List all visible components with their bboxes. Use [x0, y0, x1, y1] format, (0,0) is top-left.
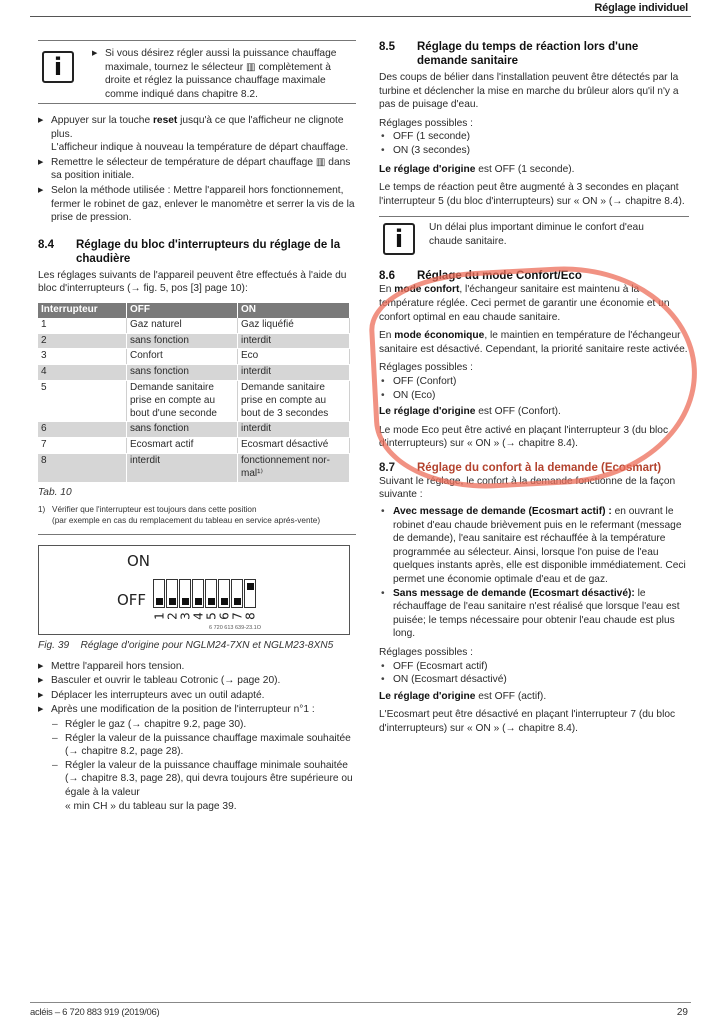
- info-icon: i: [42, 51, 74, 83]
- figure-code: 6 720 613 639-23.1O: [209, 622, 261, 636]
- dip-switch-number: 1: [154, 610, 166, 623]
- ecosmart-mode-item: Avec message de demande (Ecosmart actif)…: [379, 505, 689, 587]
- dip-switch-knob: [169, 598, 176, 605]
- page-number: 29: [677, 1006, 688, 1020]
- dip-switch-number: 4: [193, 610, 205, 623]
- note-8-6: Le mode Eco peut être activé en plaçant …: [379, 424, 689, 451]
- note-8-7: L'Ecosmart peut être désactivé en plaçan…: [379, 708, 689, 735]
- dip-switch: [166, 579, 178, 608]
- sub-step: Régler la valeur de la puissance chauffa…: [51, 759, 356, 813]
- dip-switch-knob: [234, 598, 241, 605]
- dip-switch-knob: [247, 583, 254, 590]
- off-label: OFF: [117, 594, 146, 608]
- dip-switch-knob: [221, 598, 228, 605]
- dip-switch-number: 5: [206, 610, 218, 623]
- section-8-4-heading: 8.4Réglage du bloc d'interrupteurs du ré…: [38, 238, 356, 266]
- dip-switch-knob: [156, 598, 163, 605]
- step-shutdown: Selon la méthode utilisée : Mettre l'app…: [38, 184, 356, 225]
- dip-switch: [244, 579, 256, 608]
- dip-switch-block: [153, 579, 257, 608]
- table-row: 4sans fonctioninterdit: [38, 365, 350, 381]
- section-8-7-intro: Suivant le réglage, le confort à la dema…: [379, 475, 689, 502]
- dip-switch-knob: [208, 598, 215, 605]
- dip-switch: [218, 579, 230, 608]
- table-row: 8interditfonctionnement nor-mal¹⁾: [38, 453, 350, 482]
- on-label: ON: [127, 555, 150, 569]
- table-row: 6sans fonctioninterdit: [38, 422, 350, 438]
- section-8-5-body: Des coups de bélier dans l'installation …: [379, 71, 689, 112]
- footer-rule: [30, 1002, 691, 1003]
- procedure-step: Après une modification de la position de…: [38, 703, 356, 717]
- table-row: 3ConfortEco: [38, 349, 350, 365]
- figure-caption: Fig. 39 Réglage d'origine pour NGLM24-7X…: [38, 639, 356, 653]
- dip-switch-number: 2: [167, 610, 179, 623]
- procedure-step: Basculer et ouvrir le tableau Cotronic (…: [38, 674, 356, 688]
- switch-settings-table: Interrupteur OFF ON 1Gaz naturelGaz liqu…: [38, 303, 350, 483]
- section-8-6-p2: En mode économique, le maintien en tempé…: [379, 329, 689, 356]
- table-header-row: Interrupteur OFF ON: [38, 303, 350, 318]
- info-text-8-5: Un délai plus important diminue le confo…: [429, 221, 679, 248]
- running-header: Réglage individuel: [594, 2, 688, 16]
- settings-list-8-6: OFF (Confort) ON (Eco): [379, 375, 689, 402]
- dip-switch-knob: [182, 598, 189, 605]
- origin-setting-8-7: Le réglage d'origine est OFF (actif).: [379, 690, 689, 704]
- table-row: 7Ecosmart actifEcosmart désactivé: [38, 438, 350, 454]
- settings-list-8-7: OFF (Ecosmart actif) ON (Ecosmart désact…: [379, 660, 689, 687]
- section-8-5-heading: 8.5Réglage du temps de réaction lors d'u…: [379, 40, 689, 68]
- table-row: 2sans fonctioninterdit: [38, 333, 350, 349]
- table-caption: Tab. 10: [38, 486, 356, 500]
- section-8-6-heading: 8.6Réglage du mode Confort/Eco: [379, 269, 689, 283]
- sub-step: Régler la valeur de la puissance chauffa…: [51, 732, 356, 759]
- dip-switch: [179, 579, 191, 608]
- settings-label: Réglages possibles :: [379, 361, 689, 375]
- table-row: 1Gaz naturelGaz liquéfié: [38, 318, 350, 333]
- dip-switch-figure: ON OFF 12345678 6 720 613 639-23.1O: [38, 545, 350, 635]
- info-box-bottom-rule: [38, 103, 356, 104]
- info-icon: i: [383, 223, 415, 255]
- dip-switch-knob: [195, 598, 202, 605]
- step-reset-result: L'afficheur indique à nouveau la tempéra…: [51, 142, 348, 153]
- ecosmart-modes-list: Avec message de demande (Ecosmart actif)…: [379, 505, 689, 641]
- settings-label: Réglages possibles :: [379, 646, 689, 660]
- settings-list-8-5: OFF (1 seconde) ON (3 secondes): [379, 130, 689, 157]
- procedure-step: Mettre l'appareil hors tension.: [38, 660, 356, 674]
- dip-switch: [153, 579, 165, 608]
- dip-switch: [205, 579, 217, 608]
- right-column: 8.5Réglage du temps de réaction lors d'u…: [379, 40, 689, 736]
- section-8-7-heading: 8.7Réglage du confort à la demande (Ecos…: [379, 461, 689, 475]
- info-box: i Si vous désirez régler aussi la puissa…: [38, 41, 356, 103]
- dip-switch-number: 8: [245, 610, 257, 623]
- step-reset: Appuyer sur la touche reset jusqu'à ce q…: [38, 114, 356, 155]
- dip-switch-number: 3: [180, 610, 192, 623]
- origin-setting-8-6: Le réglage d'origine est OFF (Confort).: [379, 405, 689, 419]
- dip-switch: [192, 579, 204, 608]
- step-restore-selector: Remettre le sélecteur de température de …: [38, 156, 356, 183]
- info-box-text: Si vous désirez régler aussi la puissanc…: [92, 47, 342, 101]
- sub-steps-list: Régler le gaz (→ chapitre 9.2, page 30).…: [38, 718, 356, 813]
- dip-switch-numbers: 12345678: [153, 610, 257, 622]
- sub-step: Régler le gaz (→ chapitre 9.2, page 30).: [51, 718, 356, 732]
- dip-switch-number: 6: [219, 610, 231, 623]
- section-8-6-p1: En mode confort, l'échangeur sanitaire e…: [379, 283, 689, 324]
- info-box-8-5: i Un délai plus important diminue le con…: [379, 217, 689, 257]
- footer-doc-ref: acléis – 6 720 883 919 (2019/06): [30, 1006, 159, 1020]
- footnote-rule: [38, 534, 356, 535]
- procedure-list: Mettre l'appareil hors tension. Basculer…: [38, 660, 356, 717]
- dip-switch-number: 7: [232, 610, 244, 623]
- header-rule: [30, 16, 691, 17]
- settings-label: Réglages possibles :: [379, 117, 689, 131]
- origin-setting-8-5: Le réglage d'origine est OFF (1 seconde)…: [379, 163, 689, 177]
- table-row: 5Demande sanitaire prise en compte au bo…: [38, 380, 350, 421]
- procedure-step: Déplacer les interrupteurs avec un outil…: [38, 689, 356, 703]
- note-8-5: Le temps de réaction peut être augmenté …: [379, 181, 689, 208]
- section-8-4-intro: Les réglages suivants de l'appareil peuv…: [38, 269, 356, 296]
- table-footnote: 1) Vérifier que l'interrupteur est toujo…: [38, 504, 356, 526]
- dip-switch: [231, 579, 243, 608]
- reset-steps: Appuyer sur la touche reset jusqu'à ce q…: [38, 114, 356, 225]
- ecosmart-mode-item: Sans message de demande (Ecosmart désact…: [379, 587, 689, 641]
- left-column: i Si vous désirez régler aussi la puissa…: [38, 40, 356, 813]
